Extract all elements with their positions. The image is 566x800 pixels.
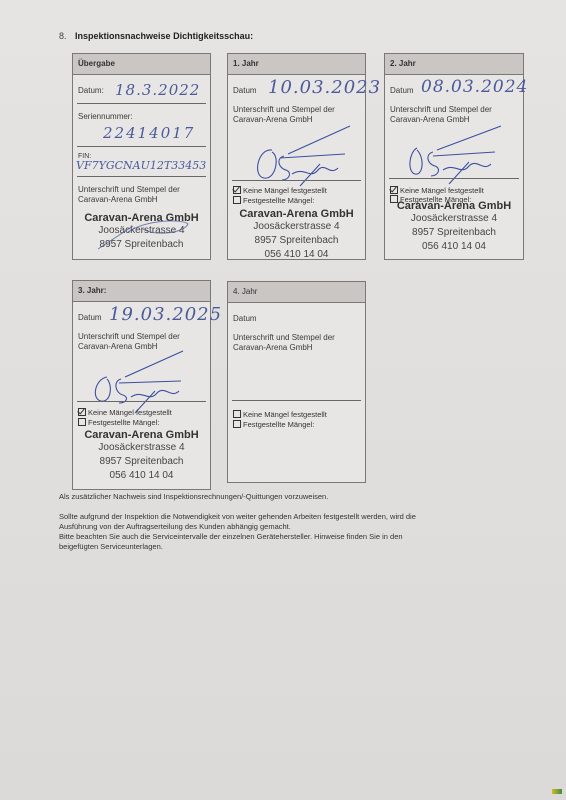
stamp-city: 8957 Spreitenbach	[228, 234, 365, 248]
year-1-date-label: Datum	[233, 86, 257, 95]
checkbox-icon	[233, 196, 241, 204]
year-4-box: 4. Jahr Datum Unterschrift und Stempel d…	[227, 281, 366, 483]
signature-line	[389, 178, 519, 179]
handover-box: Übergabe Datum: 18.3.2022 Seriennummer: …	[72, 53, 211, 260]
signature-line	[77, 401, 206, 402]
footer-note2-line2: Ausführung von der Auftragserteilung des…	[59, 522, 416, 532]
year-3-date-label: Datum	[78, 313, 102, 322]
section-number: 8.	[59, 31, 67, 41]
stamp-company: Caravan-Arena GmbH	[73, 429, 210, 441]
serial-label: Seriennummer:	[78, 112, 133, 121]
year-1-no-defects-checkbox[interactable]: Keine Mängel festgestellt	[233, 186, 327, 196]
year-1-box: 1. Jahr Datum 10.03.2023 Unterschrift un…	[227, 53, 366, 260]
year-3-date-value[interactable]: 19.03.2025	[109, 304, 222, 325]
no-defects-label: Keine Mängel festgestellt	[243, 410, 327, 419]
year-1-date-value[interactable]: 10.03.2023	[268, 77, 381, 98]
handover-header: Übergabe	[73, 54, 210, 75]
stamp-street: Joosäckerstrasse 4	[385, 212, 523, 226]
year-3-stamp: Caravan-Arena GmbH Joosäckerstrasse 4 89…	[73, 429, 210, 483]
year-4-date-label: Datum	[233, 314, 257, 323]
year-4-no-defects-checkbox[interactable]: Keine Mängel festgestellt	[233, 410, 327, 420]
checkbox-checked-icon	[233, 186, 241, 194]
stamp-company: Caravan-Arena GmbH	[228, 208, 365, 220]
stamp-street: Joosäckerstrasse 4	[228, 220, 365, 234]
year-2-header: 2. Jahr	[385, 54, 523, 75]
footer-note3-line2: beigefügten Serviceunterlagen.	[59, 542, 416, 552]
signature-line	[232, 180, 361, 181]
year-1-stamp: Caravan-Arena GmbH Joosäckerstrasse 4 89…	[228, 208, 365, 262]
year-3-header: 3. Jahr:	[73, 281, 210, 302]
footer-note2-line1: Sollte aufgrund der Inspektion die Notwe…	[59, 512, 416, 522]
defects-label: Festgestellte Mängel:	[88, 418, 159, 427]
signature-line	[232, 400, 361, 401]
defects-label: Festgestellte Mängel:	[243, 196, 314, 205]
year-2-box: 2. Jahr Datum 08.03.2024 Unterschrift un…	[384, 53, 524, 260]
checkbox-icon	[233, 420, 241, 428]
stamp-city: 8957 Spreitenbach	[73, 455, 210, 469]
year-3-no-defects-checkbox[interactable]: Keine Mängel festgestellt	[78, 408, 172, 418]
section-title: Inspektionsnachweise Dichtigkeitsschau:	[75, 31, 253, 41]
serial-underline	[77, 146, 206, 147]
no-defects-label: Keine Mängel festgestellt	[243, 186, 327, 195]
stamp-street: Joosäckerstrasse 4	[73, 441, 210, 455]
year-4-header: 4. Jahr	[228, 282, 365, 303]
checkbox-checked-icon	[78, 408, 86, 416]
defects-label: Festgestellte Mängel:	[243, 420, 314, 429]
signature-icon	[93, 214, 203, 254]
checkbox-icon	[233, 410, 241, 418]
footer-note-receipts: Als zusätzlicher Nachweis sind Inspektio…	[59, 492, 328, 502]
handover-date-label: Datum:	[78, 86, 104, 95]
year-2-date-label: Datum	[390, 86, 414, 95]
year-2-date-value[interactable]: 08.03.2024	[421, 77, 528, 97]
year-1-defects-checkbox[interactable]: Festgestellte Mängel:	[233, 196, 314, 206]
year-2-stamp: Caravan-Arena GmbH Joosäckerstrasse 4 89…	[385, 200, 523, 254]
stamp-phone: 056 410 14 04	[385, 240, 523, 254]
year-4-signature-label: Unterschrift und Stempel der Caravan-Are…	[233, 333, 363, 353]
footer-note-additional-work: Sollte aufgrund der Inspektion die Notwe…	[59, 512, 416, 552]
serial-value[interactable]: 22414017	[103, 124, 195, 142]
corner-mark-icon	[552, 789, 562, 794]
year-3-defects-checkbox[interactable]: Festgestellte Mängel:	[78, 418, 159, 428]
handover-date-value[interactable]: 18.3.2022	[115, 81, 200, 99]
stamp-phone: 056 410 14 04	[73, 469, 210, 483]
date-underline	[77, 103, 206, 104]
year-1-header: 1. Jahr	[228, 54, 365, 75]
section-heading: 8. Inspektionsnachweise Dichtigkeitsscha…	[59, 31, 253, 41]
signature-icon	[87, 347, 197, 417]
year-3-box: 3. Jahr: Datum 19.03.2025 Unterschrift u…	[72, 280, 211, 490]
no-defects-label: Keine Mängel festgestellt	[88, 408, 172, 417]
vin-value[interactable]: VF7YGCNAU12T33453	[76, 159, 206, 172]
footer-note3-line1: Bitte beachten Sie auch die Serviceinter…	[59, 532, 416, 542]
vin-underline	[77, 176, 206, 177]
year-4-defects-checkbox[interactable]: Festgestellte Mängel:	[233, 420, 314, 430]
checkbox-checked-icon	[390, 186, 398, 194]
handover-signature-label: Unterschrift und Stempel der Caravan-Are…	[78, 185, 208, 205]
signature-icon	[250, 118, 360, 188]
checkbox-icon	[78, 418, 86, 426]
stamp-company: Caravan-Arena GmbH	[385, 200, 523, 212]
no-defects-label: Keine Mängel festgestellt	[400, 186, 484, 195]
stamp-phone: 056 410 14 04	[228, 248, 365, 262]
stamp-city: 8957 Spreitenbach	[385, 226, 523, 240]
